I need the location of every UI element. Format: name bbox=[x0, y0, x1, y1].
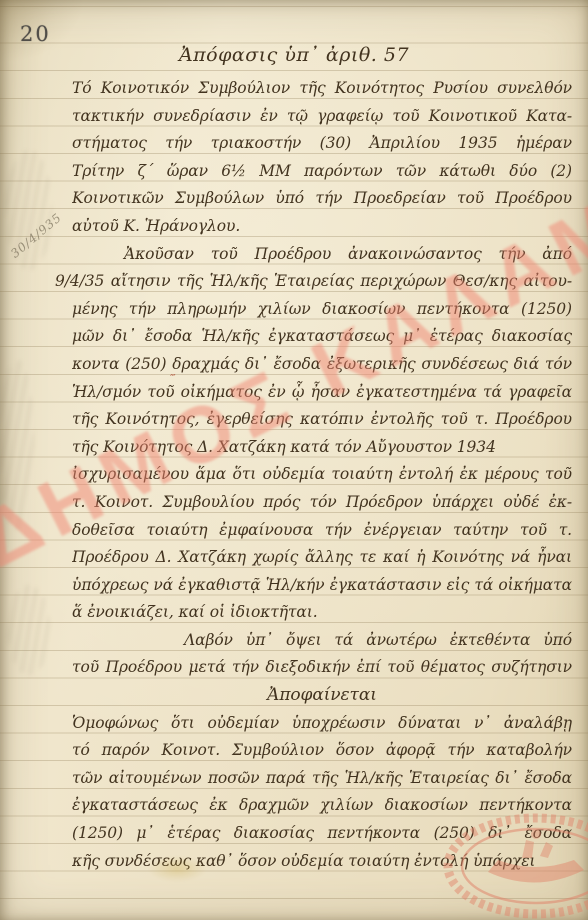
text-line: στήματος τήν τριακοστήν (30) Ἀπριλίου 19… bbox=[72, 130, 572, 158]
decision-heading: Ἀπόφασις ὑπ᾽ ἀριθ. 57 bbox=[0, 44, 588, 66]
round-stamp-seal bbox=[436, 810, 588, 920]
text-line: τῆς Κοινότητος Δ. Χατζάκη κατά τόν Αὔγου… bbox=[72, 434, 572, 462]
text-line: Ἡλ/σμόν τοῦ οἰκήματος ἐν ᾧ ἦσαν ἐγκατεστ… bbox=[72, 379, 572, 407]
document-page: 20 30/4/935 ‴ Ἀπόφασις ὑπ᾽ ἀριθ. 57 Τό Κ… bbox=[0, 0, 588, 920]
text-line: μένης τήν πληρωμήν χιλίων διακοσίων πεντ… bbox=[72, 296, 572, 324]
text-line: τῶν αἰτουμένων ποσῶν παρά τῆς Ἡλ/κῆς Ἑτα… bbox=[72, 765, 572, 793]
text-line: 9/4/35 αἴτησιν τῆς Ἡλ/κῆς Ἑταιρείας περι… bbox=[55, 268, 572, 296]
seal-ship-hull bbox=[488, 860, 584, 883]
seal-ship-sails bbox=[522, 840, 553, 858]
text-line: αὐτοῦ Κ. Ἡράνογλου. bbox=[72, 213, 572, 241]
text-line: τό παρόν Κοινοτ. Συμβούλιον ὅσον ἀφορᾷ τ… bbox=[72, 737, 572, 765]
text-line: Ἀκοῦσαν τοῦ Προέδρου ἀνακοινώσαντος τήν … bbox=[72, 241, 572, 269]
paper-stain bbox=[138, 852, 216, 886]
ink-bleedthrough-smudge bbox=[8, 585, 50, 675]
text-line: τ. Κοινοτ. Συμβουλίου πρός τόν Πρόεδρον … bbox=[72, 489, 572, 517]
text-line: κοντα (250) δραχμάς δι᾽ ἔσοδα ἐξωτερικῆς… bbox=[72, 351, 572, 379]
text-line: δοθεῖσα τοιαύτη ἐμφαίνουσα τήν ἐνέργειαν… bbox=[72, 517, 572, 545]
text-line: μῶν δι᾽ ἔσοδα Ἡλ/κῆς ἐγκαταστάσεως μ᾽ ἑτ… bbox=[72, 323, 572, 351]
handwritten-text-body: Τό Κοινοτικόν Συμβούλιον τῆς Κοινότητος … bbox=[72, 75, 572, 875]
text-line: Λαβόν ὑπ᾽ ὄψει τά ἀνωτέρω ἐκτεθέντα ὑπό bbox=[72, 627, 572, 655]
text-line: τοῦ Προέδρου μετά τήν διεξοδικήν ἐπί τοῦ… bbox=[72, 654, 572, 682]
seal-emblem-dot bbox=[531, 829, 541, 839]
text-line: Κοινοτικῶν Συμβούλων ὑπό τήν Προεδρείαν … bbox=[72, 185, 572, 213]
text-line: τακτικήν συνεδρίασιν ἐν τῷ γραφείῳ τοῦ Κ… bbox=[72, 103, 572, 131]
text-line: Ἀποφαίνεται bbox=[72, 682, 572, 710]
text-line: Τρίτην ζ΄ ὥραν 6½ ΜΜ παρόντων τῶν κάτωθι… bbox=[72, 158, 572, 186]
text-line: Ὁμοφώνως ὅτι οὐδεμίαν ὑποχρέωσιν δύναται… bbox=[72, 710, 572, 738]
text-line: Τό Κοινοτικόν Συμβούλιον τῆς Κοινότητος … bbox=[72, 75, 572, 103]
ink-bleedthrough-smudge bbox=[0, 360, 34, 530]
folio-number: 20 bbox=[20, 22, 51, 46]
text-line: ὑπόχρεως νά ἐγκαθιστᾷ Ἡλ/κήν ἐγκατάστασι… bbox=[72, 572, 572, 600]
text-line: τῆς Κοινότητος, ἐγερθείσης κατόπιν ἐντολ… bbox=[72, 406, 572, 434]
text-line: ἰσχυρισαμένου ἅμα ὅτι οὐδεμία τοιαύτη ἐν… bbox=[72, 461, 572, 489]
text-line: Προέδρου Δ. Χατζάκη χωρίς ἄλλης τε καί ἡ… bbox=[72, 544, 572, 572]
text-line: ἅ ἐνοικιάζει, καί οἱ ἰδιοκτῆται. bbox=[72, 599, 572, 627]
